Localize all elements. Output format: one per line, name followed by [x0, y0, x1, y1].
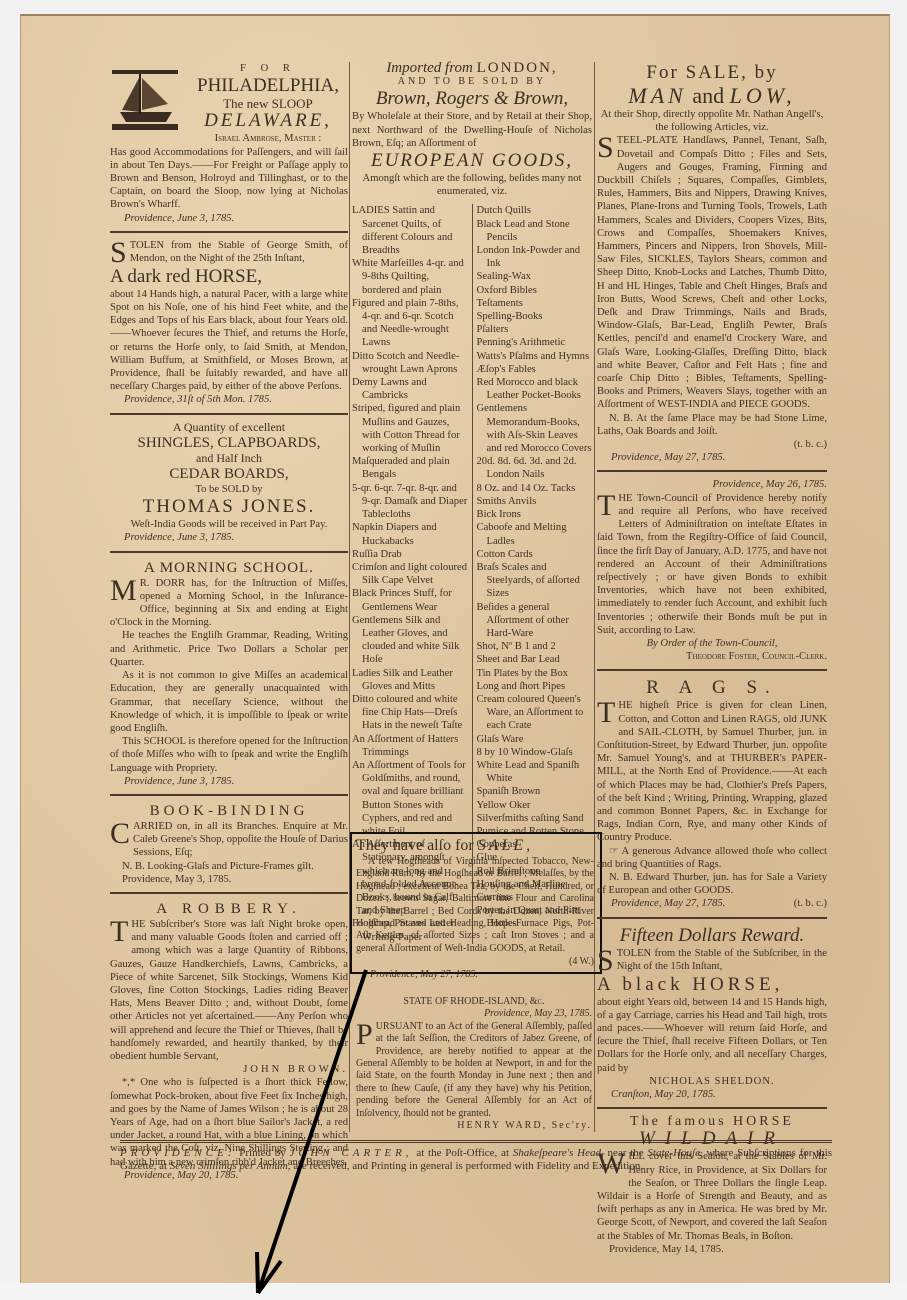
annotation-arrow-icon [0, 0, 907, 1300]
